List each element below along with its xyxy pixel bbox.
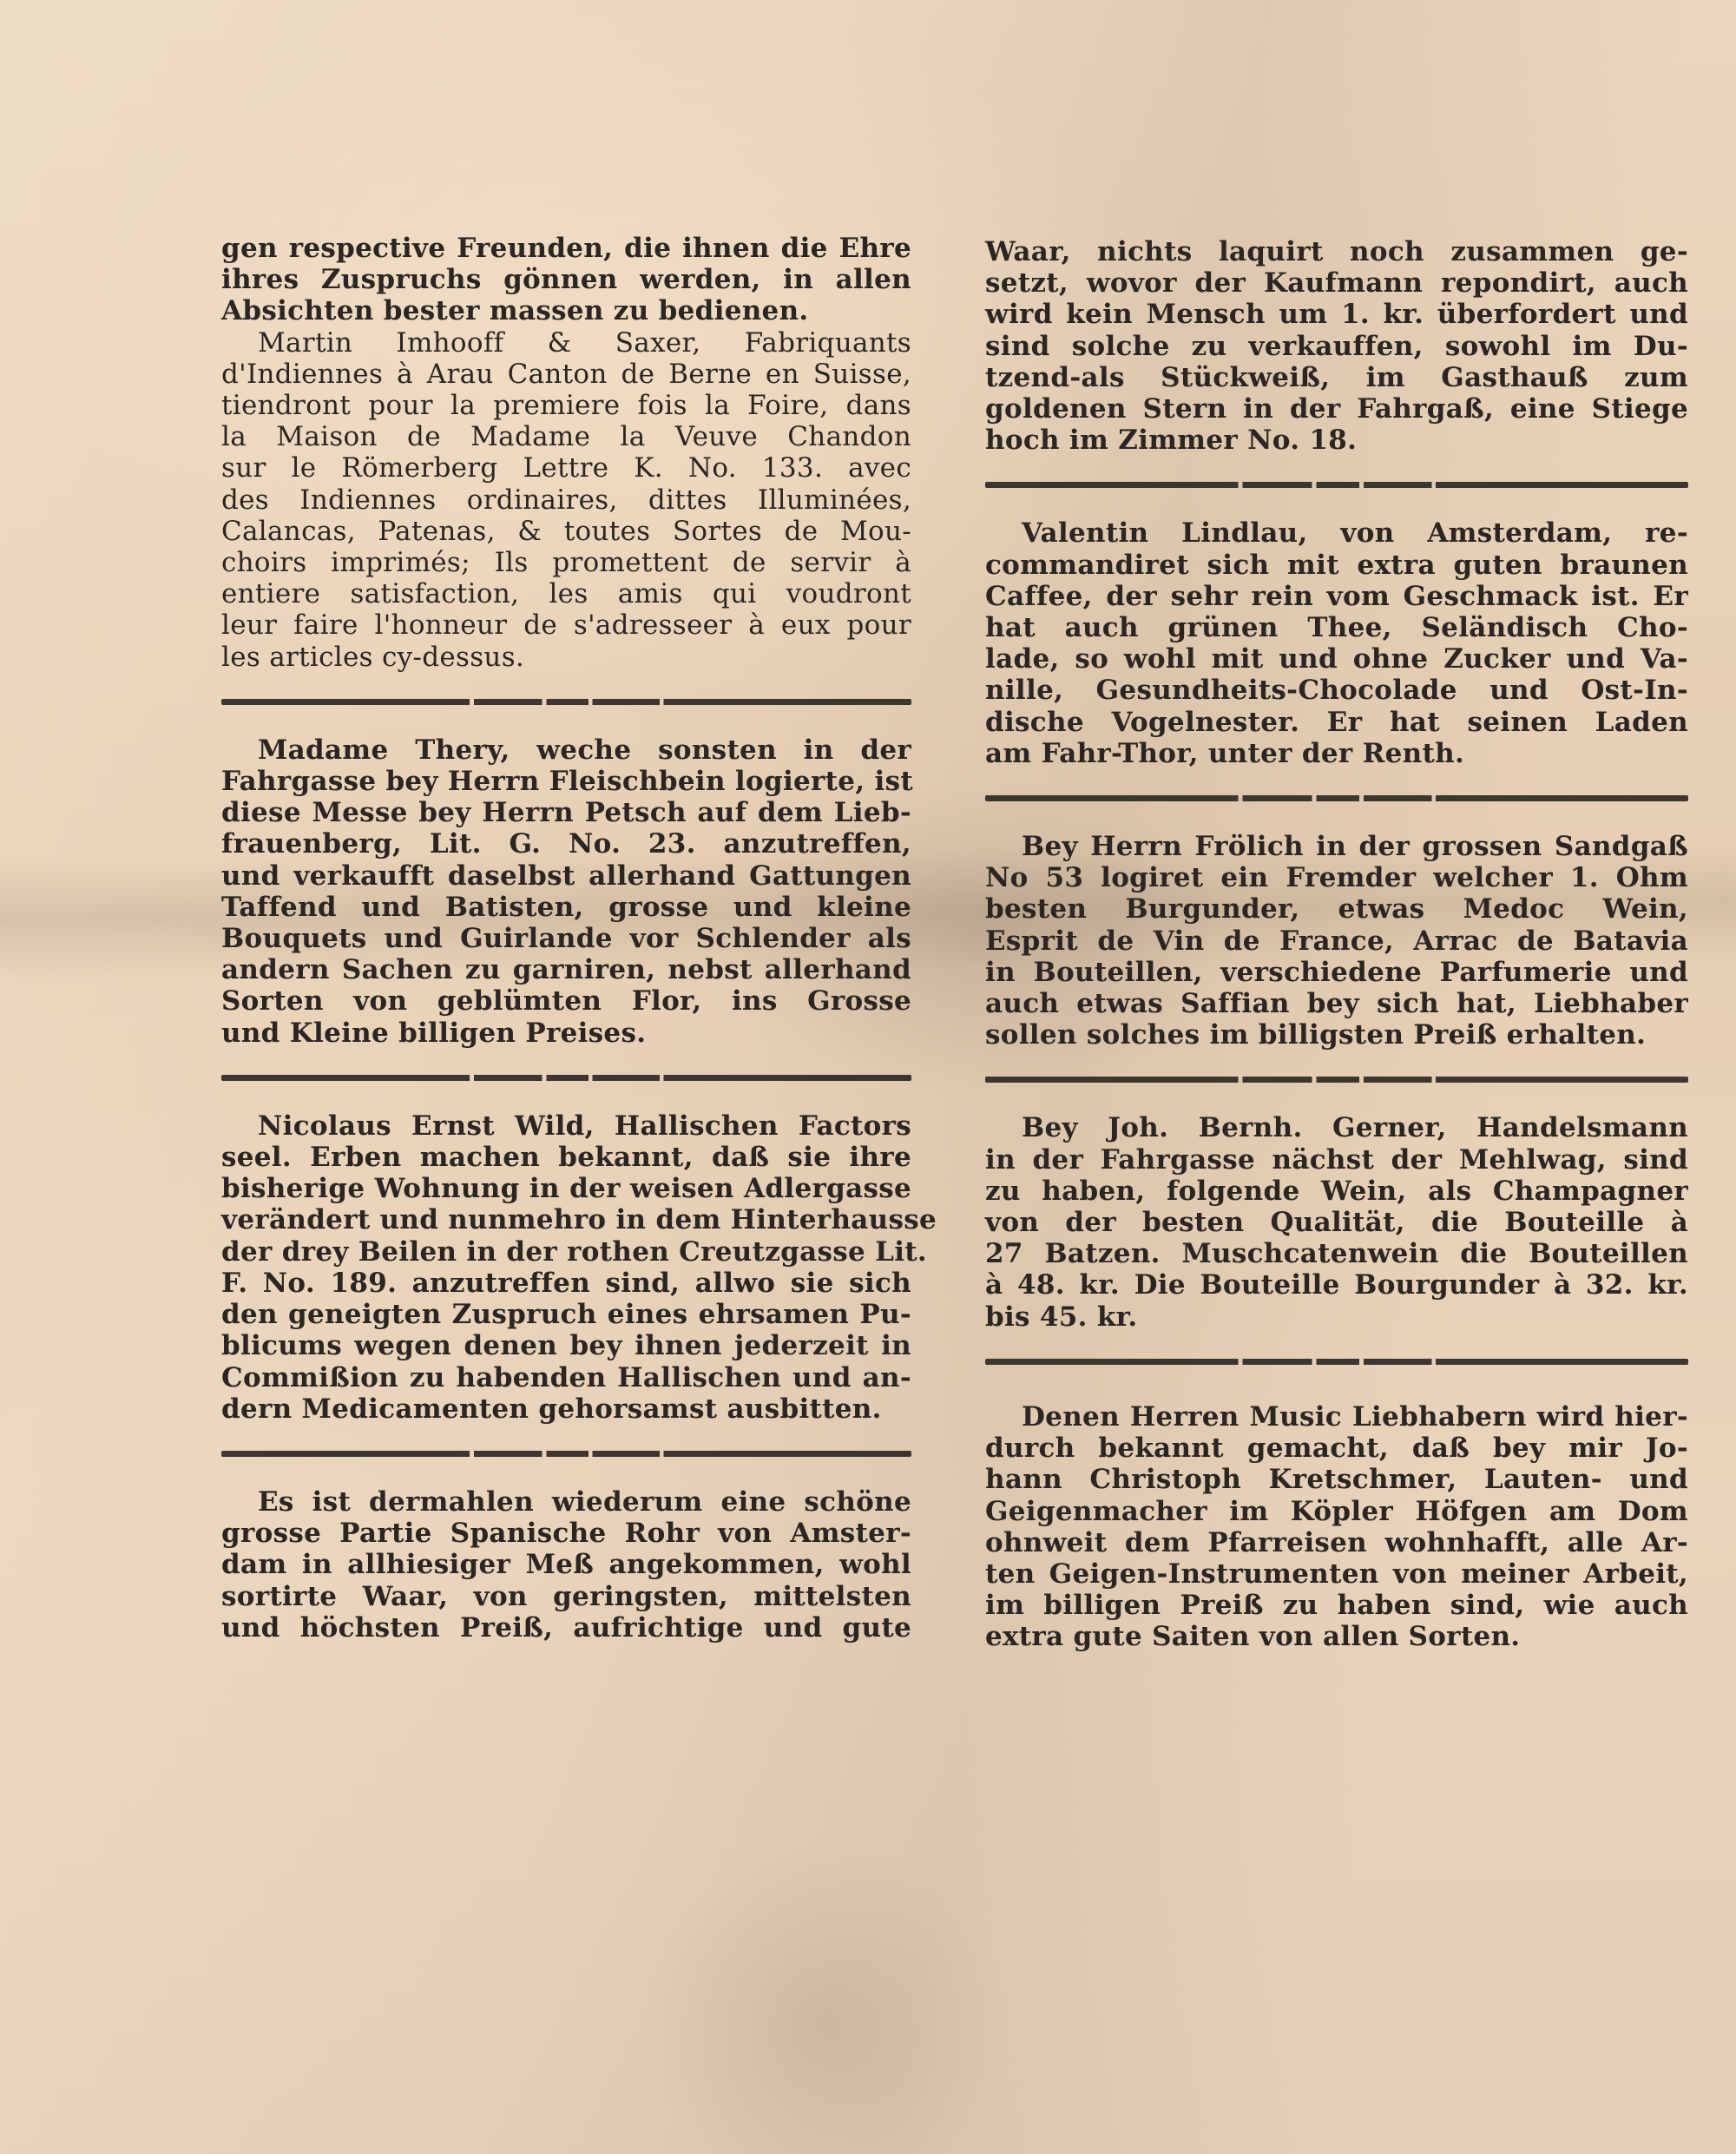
text-line: dern Medicamenten gehorsamst ausbitten.	[221, 1393, 911, 1425]
text-line: Waar, nichts laquirt noch zusammen ge-	[985, 236, 1688, 267]
text-line: und verkaufft daselbst allerhand Gattung…	[221, 860, 911, 892]
text-line: goldenen Stern in der Fahrgaß, eine Stie…	[985, 393, 1688, 425]
ad-nicolaus-ernst-wild: Nicolaus Ernst Wild, Hallischen Factors …	[221, 1110, 911, 1425]
text-line: tiendront pour la premiere fois la Foire…	[221, 390, 911, 421]
text-line: diese Messe bey Herrn Petsch auf dem Lie…	[221, 797, 911, 828]
ad-valentin-lindlau: Valentin Lindlau, von Amsterdam, re- com…	[985, 517, 1688, 769]
text-line: sortirte Waar, von geringsten, mittelste…	[221, 1581, 911, 1612]
text-line: zu haben, folgende Wein, als Champagner	[985, 1176, 1688, 1207]
text-line: Bey Joh. Bernh. Gerner, Handelsmann	[985, 1112, 1688, 1143]
text-line: gen respective Freunden, die ihnen die E…	[221, 233, 911, 264]
text-line: dam in allhiesiger Meß angekommen, wohl	[221, 1549, 911, 1580]
section-divider	[221, 1075, 911, 1081]
text-line: Calancas, Patenas, & toutes Sortes de Mo…	[221, 516, 911, 547]
text-line: F. No. 189. anzutreffen sind, allwo sie …	[221, 1268, 911, 1299]
text-line: Absichten bester massen zu bedienen.	[221, 295, 911, 326]
text-line: extra gute Saiten von allen Sorten.	[985, 1621, 1688, 1652]
text-line: hann Christoph Kretschmer, Lauten- und	[985, 1464, 1688, 1495]
text-line: setzt, wovor der Kaufmann repondirt, auc…	[985, 267, 1688, 299]
text-line: Geigenmacher im Köpler Höfgen am Dom	[985, 1496, 1688, 1527]
text-line: dische Vogelnester. Er hat seinen Laden	[985, 707, 1688, 738]
text-line: wird kein Mensch um 1. kr. überfordert u…	[985, 299, 1688, 330]
text-line: à 48. kr. Die Bouteille Bourgunder à 32.…	[985, 1269, 1688, 1301]
text-line: sind solche zu verkauffen, sowohl im Du-	[985, 331, 1688, 362]
text-line: Valentin Lindlau, von Amsterdam, re-	[985, 517, 1688, 549]
text-line: Nicolaus Ernst Wild, Hallischen Factors	[221, 1110, 911, 1142]
section-divider	[221, 699, 911, 705]
right-column: Waar, nichts laquirt noch zusammen ge- s…	[985, 236, 1688, 1653]
text-line: den geneigten Zuspruch eines ehrsamen Pu…	[221, 1299, 911, 1330]
text-line: Denen Herren Music Liebhabern wird hier-	[985, 1401, 1688, 1433]
text-line: 27 Batzen. Muschcatenwein die Bouteillen	[985, 1238, 1688, 1269]
text-line: Taffend und Batisten, grosse und kleine	[221, 892, 911, 923]
text-line: des Indiennes ordinaires, dittes Illumin…	[221, 484, 911, 516]
text-line: nille, Gesundheits-Chocolade und Ost-In-	[985, 675, 1688, 706]
text-line: les articles cy-dessus.	[221, 642, 911, 673]
ad-kretschmer-lautenmacher: Denen Herren Music Liebhabern wird hier-…	[985, 1401, 1688, 1653]
text-line: durch bekannt gemacht, daß bey mir Jo-	[985, 1433, 1688, 1464]
text-line: von der besten Qualität, die Bouteille à	[985, 1207, 1688, 1238]
text-line: Commißion zu habenden Hallischen und an-	[221, 1362, 911, 1393]
text-line: Bouquets und Guirlande vor Schlender als	[221, 923, 911, 954]
text-line: leur faire l'honneur de s'adresseer à eu…	[221, 609, 911, 641]
text-line: verändert und nunmehro in dem Hinterhaus…	[221, 1204, 911, 1235]
left-column: gen respective Freunden, die ihnen die E…	[221, 233, 911, 1643]
text-line: und höchsten Preiß, aufrichtige und gute	[221, 1612, 911, 1643]
text-line: der drey Beilen in der rothen Creutzgass…	[221, 1236, 911, 1268]
text-line: in Bouteillen, verschiedene Parfumerie u…	[985, 957, 1688, 988]
text-line: sur le Römerberg Lettre K. No. 133. avec	[221, 452, 911, 484]
text-line: blicums wegen denen bey ihnen jederzeit …	[221, 1330, 911, 1361]
text-line: bisherige Wohnung in der weisen Adlergas…	[221, 1173, 911, 1204]
text-line: und Kleine billigen Preises.	[221, 1018, 911, 1049]
section-divider	[985, 795, 1688, 801]
ad-spanische-rohr: Es ist dermahlen wiederum eine schöne gr…	[221, 1486, 911, 1643]
ad-imhooff-saxer-french: Martin Imhooff & Saxer, Fabriquants d'In…	[221, 327, 911, 673]
ad-imhooff-german-continuation: gen respective Freunden, die ihnen die E…	[221, 233, 911, 327]
text-line: besten Burgunder, etwas Medoc Wein,	[985, 893, 1688, 925]
text-line: la Maison de Madame la Veuve Chandon	[221, 421, 911, 452]
text-line: Es ist dermahlen wiederum eine schöne	[221, 1486, 911, 1518]
text-line: d'Indiennes à Arau Canton de Berne en Su…	[221, 359, 911, 390]
text-line: ten Geigen-Instrumenten von meiner Arbei…	[985, 1558, 1688, 1590]
ad-joh-bernh-gerner: Bey Joh. Bernh. Gerner, Handelsmann in d…	[985, 1112, 1688, 1332]
section-divider	[985, 1077, 1688, 1083]
text-line: ohnweit dem Pfarreisen wohnhafft, alle A…	[985, 1527, 1688, 1558]
text-line: hoch im Zimmer No. 18.	[985, 425, 1688, 456]
text-line: in der Fahrgasse nächst der Mehlwag, sin…	[985, 1144, 1688, 1176]
text-line: am Fahr-Thor, unter der Renth.	[985, 738, 1688, 769]
text-line: ihres Zuspruchs gönnen werden, in allen	[221, 264, 911, 295]
text-line: andern Sachen zu garniren, nebst allerha…	[221, 954, 911, 985]
text-line: grosse Partie Spanische Rohr von Amster-	[221, 1518, 911, 1549]
ad-spanische-rohr-continued: Waar, nichts laquirt noch zusammen ge- s…	[985, 236, 1688, 456]
ad-madame-thery: Madame Thery, weche sonsten in der Fahrg…	[221, 734, 911, 1049]
text-line: frauenberg, Lit. G. No. 23. anzutreffen,	[221, 828, 911, 860]
text-line: Fahrgasse bey Herrn Fleischbein logierte…	[221, 766, 911, 797]
text-line: Madame Thery, weche sonsten in der	[221, 734, 911, 766]
text-line: bis 45. kr.	[985, 1301, 1688, 1333]
text-line: seel. Erben machen bekannt, daß sie ihre	[221, 1142, 911, 1173]
text-line: hat auch grünen Thee, Seländisch Cho-	[985, 612, 1688, 643]
text-line: entiere satisfaction, les amis qui voudr…	[221, 578, 911, 609]
text-line: No 53 logiret ein Fremder welcher 1. Ohm	[985, 862, 1688, 893]
text-line: tzend-als Stückweiß, im Gasthauß zum	[985, 362, 1688, 393]
text-line: lade, so wohl mit und ohne Zucker und Va…	[985, 643, 1688, 675]
section-divider	[985, 1359, 1688, 1365]
ad-herrn-froelich: Bey Herrn Frölich in der grossen Sandgaß…	[985, 831, 1688, 1051]
text-line: commandiret sich mit extra guten braunen	[985, 550, 1688, 581]
section-divider	[985, 482, 1688, 488]
text-line: sollen solches im billigsten Preiß erhal…	[985, 1019, 1688, 1051]
text-line: im billigen Preiß zu haben sind, wie auc…	[985, 1590, 1688, 1621]
text-line: Sorten von geblümten Flor, ins Grosse	[221, 985, 911, 1017]
section-divider	[221, 1451, 911, 1457]
text-line: Martin Imhooff & Saxer, Fabriquants	[221, 327, 911, 359]
text-line: Esprit de Vin de France, Arrac de Batavi…	[985, 925, 1688, 957]
text-line: choirs imprimés; Ils promettent de servi…	[221, 547, 911, 578]
text-line: auch etwas Saffian bey sich hat, Liebhab…	[985, 988, 1688, 1019]
text-line: Caffee, der sehr rein vom Geschmack ist.…	[985, 581, 1688, 612]
text-line: Bey Herrn Frölich in der grossen Sandgaß	[985, 831, 1688, 862]
